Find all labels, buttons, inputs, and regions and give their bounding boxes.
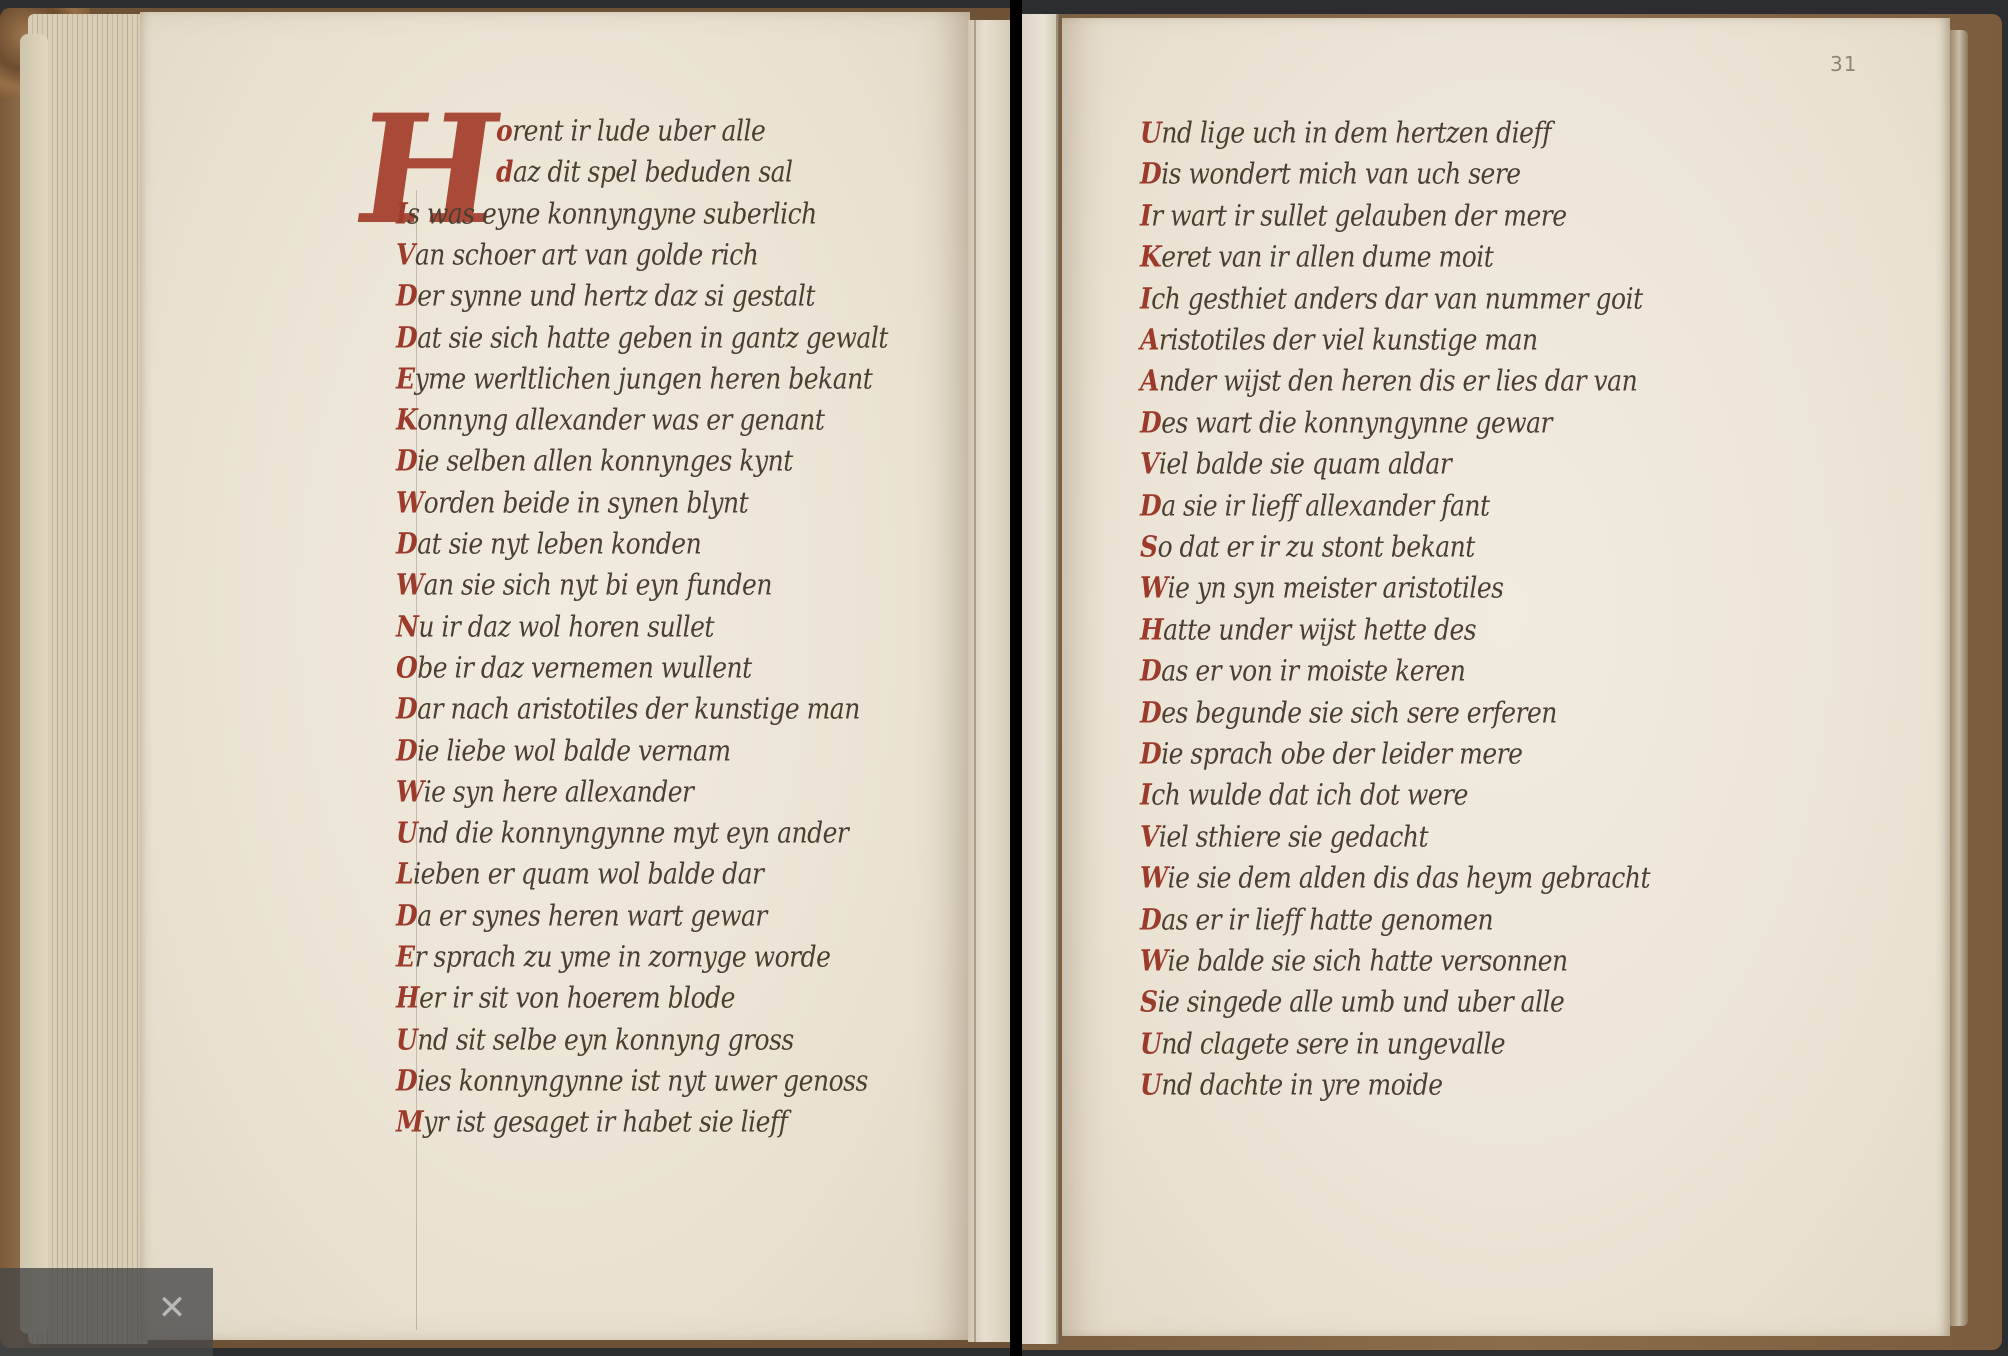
rubricated-initial: A — [1140, 323, 1159, 356]
rubricated-initial: S — [1140, 530, 1158, 563]
rubricated-initial: W — [1140, 571, 1168, 604]
manuscript-line: Hatte under wijst hette des — [1140, 613, 1476, 646]
manuscript-line: Da sie ir lieff allexander fant — [1140, 488, 1490, 521]
manuscript-line: Ich wulde dat ich dot were — [1140, 778, 1468, 811]
manuscript-line: Keret van ir allen dume moit — [1140, 240, 1493, 273]
rubricated-initial: E — [396, 940, 415, 973]
rubricated-initial: W — [396, 486, 424, 519]
rubricated-initial: d — [496, 155, 513, 188]
manuscript-line: Is was eyne konnyngyne suberlich — [396, 196, 817, 229]
rubricated-initial: D — [396, 320, 417, 353]
rubricated-initial: D — [1140, 737, 1161, 770]
manuscript-line: Ich gesthiet anders dar van nummer goit — [1140, 281, 1643, 314]
manuscript-line: Der synne und hertz daz si gestalt — [396, 279, 815, 312]
rubricated-initial: I — [1140, 199, 1151, 232]
manuscript-line: Und dachte in yre moide — [1140, 1068, 1443, 1101]
manuscript-line: Viel balde sie quam aldar — [1140, 447, 1451, 480]
manuscript-line: Und sit selbe eyn konnyng gross — [396, 1022, 794, 1055]
manuscript-line: Wie syn here allexander — [396, 775, 693, 808]
rubricated-initial: D — [1140, 654, 1161, 687]
rubricated-initial: D — [396, 1064, 417, 1097]
rubricated-initial: U — [1140, 116, 1161, 149]
manuscript-line: Aristotiles der viel kunstige man — [1140, 323, 1538, 356]
manuscript-line: So dat er ir zu stont bekant — [1140, 530, 1475, 563]
rubricated-initial: I — [1140, 281, 1151, 314]
rubricated-initial: U — [1140, 1027, 1161, 1060]
rubricated-initial: D — [1140, 902, 1161, 935]
manuscript-line: Lieben er quam wol balde dar — [396, 857, 763, 890]
rubricated-initial: U — [396, 1022, 417, 1055]
gutter-left — [968, 20, 1010, 1342]
rubricated-initial: D — [396, 899, 417, 932]
rubricated-initial: D — [396, 527, 417, 560]
rubricated-initial: L — [396, 857, 413, 890]
rubricated-initial: D — [1140, 406, 1161, 439]
folio-number: 31 — [1830, 52, 1857, 76]
rubricated-initial: D — [1140, 488, 1161, 521]
rubricated-initial: W — [1140, 861, 1168, 894]
manuscript-line: Wan sie sich nyt bi eyn funden — [396, 568, 772, 601]
flyleaf-edge — [20, 34, 48, 1334]
manuscript-line: Des begunde sie sich sere erferen — [1140, 695, 1557, 728]
rubricated-initial: V — [396, 238, 415, 271]
manuscript-line: Ander wijst den heren dis er lies dar va… — [1140, 364, 1637, 397]
rubricated-initial: O — [396, 651, 417, 684]
rubricated-initial: M — [396, 1105, 423, 1138]
manuscript-line: Her ir sit von hoerem blode — [396, 981, 735, 1014]
rubricated-initial: E — [396, 362, 415, 395]
manuscript-line: Dis wondert mich van uch sere — [1140, 157, 1521, 190]
manuscript-line: orent ir lude uber alle — [496, 114, 765, 147]
manuscript-line: Er sprach zu yme in zornyge worde — [396, 940, 830, 973]
manuscript-line: Ir wart ir sullet gelauben der mere — [1140, 199, 1567, 232]
manuscript-line: Dies konnyngynne ist nyt uwer genoss — [396, 1064, 868, 1097]
manuscript-line: Dat sie sich hatte geben in gantz gewalt — [396, 320, 888, 353]
manuscript-line: Van schoer art van golde rich — [396, 238, 758, 271]
manuscript-line: Konnyng allexander was er genant — [396, 403, 824, 436]
manuscript-line: Die sprach obe der leider mere — [1140, 737, 1522, 770]
rubricated-initial: H — [396, 981, 419, 1014]
manuscript-line: daz dit spel beduden sal — [496, 155, 793, 188]
rubricated-initial: D — [396, 733, 417, 766]
close-overlay-button[interactable]: ✕ — [0, 1268, 213, 1356]
manuscript-line: Dat sie nyt leben konden — [396, 527, 701, 560]
rubricated-initial: o — [496, 114, 512, 147]
page-divider — [1010, 0, 1022, 1356]
rubricated-initial: V — [1140, 447, 1159, 480]
rubricated-initial: I — [1140, 778, 1151, 811]
manuscript-line: Und clagete sere in ungevalle — [1140, 1027, 1505, 1060]
manuscript-line: Des wart die konnyngynne gewar — [1140, 406, 1552, 439]
manuscript-line: Worden beide in synen blynt — [396, 486, 748, 519]
rubricated-initial: S — [1140, 985, 1158, 1018]
manuscript-line: Myr ist gesaget ir habet sie lieff — [396, 1105, 787, 1138]
rubricated-initial: D — [396, 279, 417, 312]
manuscript-line: Das er ir lieff hatte genomen — [1140, 902, 1493, 935]
rubricated-initial: D — [396, 444, 417, 477]
rubricated-initial: K — [1140, 240, 1161, 273]
page-block-edge-right — [1950, 30, 1968, 1326]
rubricated-initial: A — [1140, 364, 1159, 397]
manuscript-line: Dar nach aristotiles der kunstige man — [396, 692, 860, 725]
page-block-edges — [28, 14, 148, 1344]
manuscript-line: Wie balde sie sich hatte versonnen — [1140, 944, 1568, 977]
rubricated-initial: H — [1140, 613, 1163, 646]
manuscript-line: Und die konnyngynne myt eyn ander — [396, 816, 848, 849]
rubricated-initial: D — [1140, 157, 1161, 190]
manuscript-line: Die selben allen konnynges kynt — [396, 444, 793, 477]
manuscript-line: Da er synes heren wart gewar — [396, 899, 767, 932]
image-viewer: H orent ir lude uber alledaz dit spel be… — [0, 0, 2008, 1356]
rubricated-initial: W — [1140, 944, 1168, 977]
rubricated-initial: U — [396, 816, 417, 849]
manuscript-line: Und lige uch in dem hertzen dieff — [1140, 116, 1551, 149]
rubricated-initial: V — [1140, 820, 1159, 853]
manuscript-line: Eyme werltlichen jungen heren bekant — [396, 362, 872, 395]
manuscript-line: Wie sie dem alden dis das heym gebracht — [1140, 861, 1650, 894]
gutter-fold-line — [974, 20, 976, 1342]
manuscript-line: Viel sthiere sie gedacht — [1140, 820, 1428, 853]
rubricated-initial: U — [1140, 1068, 1161, 1101]
rubricated-initial: I — [396, 196, 407, 229]
manuscript-line: Obe ir daz vernemen wullent — [396, 651, 752, 684]
rubricated-initial: W — [396, 775, 424, 808]
rubricated-initial: N — [396, 609, 418, 642]
manuscript-line: Die liebe wol balde vernam — [396, 733, 731, 766]
manuscript-line: Das er von ir moiste keren — [1140, 654, 1465, 687]
manuscript-line: Sie singede alle umb und uber alle — [1140, 985, 1564, 1018]
gutter-fold-line — [1056, 14, 1059, 1344]
gutter-right — [1022, 14, 1058, 1344]
rubricated-initial: K — [396, 403, 417, 436]
manuscript-line: Nu ir daz wol horen sullet — [396, 609, 714, 642]
rubricated-initial: D — [1140, 695, 1161, 728]
rubricated-initial: D — [396, 692, 417, 725]
close-icon[interactable]: ✕ — [157, 1288, 187, 1328]
rubricated-initial: W — [396, 568, 424, 601]
manuscript-line: Wie yn syn meister aristotiles — [1140, 571, 1504, 604]
